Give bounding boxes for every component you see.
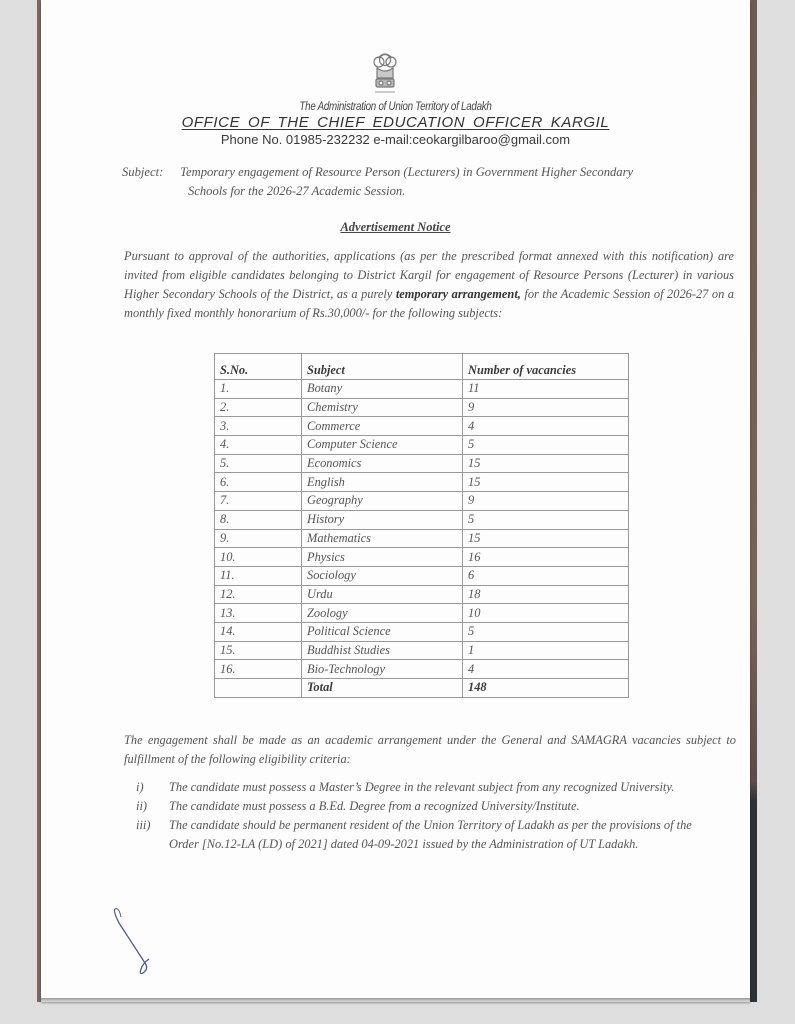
vacancies-cell: 15 <box>463 473 629 492</box>
eligibility-criteria-list: i) The candidate must possess a Master’s… <box>136 778 696 854</box>
subject-cell: Sociology <box>302 566 463 585</box>
table-row: 7.Geography9 <box>215 492 629 511</box>
subject-cell: Mathematics <box>302 529 463 548</box>
total-sno-cell <box>215 679 302 698</box>
table-row: 9.Mathematics15 <box>215 529 629 548</box>
table-header-row: S.No. Subject Number of vacancies <box>215 354 629 380</box>
subject-block: Subject: Temporary engagement of Resourc… <box>122 163 722 201</box>
sno-cell: 2. <box>215 398 302 417</box>
subject-line-1: Temporary engagement of Resource Person … <box>180 165 633 179</box>
header-subject: Subject <box>302 354 463 380</box>
sno-cell: 4. <box>215 436 302 455</box>
table-body: 1.Botany112.Chemistry93.Commerce44.Compu… <box>215 380 629 679</box>
total-label: Total <box>302 679 463 698</box>
criteria-item: iii) The candidate should be permanent r… <box>136 816 696 854</box>
sno-cell: 8. <box>215 510 302 529</box>
notice-paragraph: Pursuant to approval of the authorities,… <box>124 247 734 323</box>
table-row: 1.Botany11 <box>215 380 629 399</box>
subject-cell: Chemistry <box>302 398 463 417</box>
subject-cell: Zoology <box>302 604 463 623</box>
criteria-intro: The engagement shall be made as an acade… <box>124 731 736 769</box>
vacancies-cell: 15 <box>463 454 629 473</box>
vacancies-cell: 5 <box>463 622 629 641</box>
subject-line-2: Schools for the 2026-27 Academic Session… <box>122 182 722 201</box>
sno-cell: 16. <box>215 660 302 679</box>
vacancies-cell: 4 <box>463 660 629 679</box>
sno-cell: 3. <box>215 417 302 436</box>
subject-cell: Physics <box>302 548 463 567</box>
sno-cell: 13. <box>215 604 302 623</box>
criteria-item: ii) The candidate must possess a B.Ed. D… <box>136 797 696 816</box>
signature-mark-icon <box>111 905 161 975</box>
criteria-text: The candidate should be permanent reside… <box>169 818 692 851</box>
subject-cell: Political Science <box>302 622 463 641</box>
vacancies-cell: 18 <box>463 585 629 604</box>
contact-line: Phone No. 01985-232232 e-mail:ceokargilb… <box>41 132 750 147</box>
subject-cell: Buddhist Studies <box>302 641 463 660</box>
table-total-row: Total 148 <box>215 679 629 698</box>
header-sno: S.No. <box>215 354 302 380</box>
office-title: OFFICE OF THE CHIEF EDUCATION OFFICER KA… <box>41 114 750 131</box>
vacancies-cell: 15 <box>463 529 629 548</box>
subject-cell: Urdu <box>302 585 463 604</box>
subject-label: Subject: <box>122 163 177 182</box>
sno-cell: 14. <box>215 622 302 641</box>
vacancies-cell: 4 <box>463 417 629 436</box>
administration-line: The Administration of Union Territory of… <box>94 101 697 113</box>
notice-heading: Advertisement Notice <box>41 220 750 235</box>
vacancies-cell: 5 <box>463 510 629 529</box>
sno-cell: 10. <box>215 548 302 567</box>
table-row: 14.Political Science5 <box>215 622 629 641</box>
table-row: 2.Chemistry9 <box>215 398 629 417</box>
criteria-number: i) <box>136 778 144 797</box>
subject-cell: History <box>302 510 463 529</box>
sno-cell: 6. <box>215 473 302 492</box>
table-row: 10.Physics16 <box>215 548 629 567</box>
criteria-number: ii) <box>136 797 147 816</box>
document-page: The Administration of Union Territory of… <box>41 0 750 1001</box>
sno-cell: 11. <box>215 566 302 585</box>
vacancies-cell: 9 <box>463 398 629 417</box>
national-emblem-icon <box>368 50 402 98</box>
table-row: 12.Urdu18 <box>215 585 629 604</box>
table-row: 5.Economics15 <box>215 454 629 473</box>
subject-cell: Computer Science <box>302 436 463 455</box>
criteria-text: The candidate must possess a B.Ed. Degre… <box>169 799 580 813</box>
sno-cell: 9. <box>215 529 302 548</box>
table-row: 15.Buddhist Studies1 <box>215 641 629 660</box>
vacancies-cell: 5 <box>463 436 629 455</box>
sno-cell: 15. <box>215 641 302 660</box>
sno-cell: 1. <box>215 380 302 399</box>
table-row: 6.English15 <box>215 473 629 492</box>
vacancy-table: S.No. Subject Number of vacancies 1.Bota… <box>214 353 629 698</box>
subject-cell: Botany <box>302 380 463 399</box>
table-row: 16.Bio-Technology4 <box>215 660 629 679</box>
vacancies-cell: 10 <box>463 604 629 623</box>
vacancies-cell: 16 <box>463 548 629 567</box>
criteria-text: The candidate must possess a Master’s De… <box>169 780 674 794</box>
table-row: 11.Sociology6 <box>215 566 629 585</box>
board-edge-right <box>749 0 757 1002</box>
table-row: 13.Zoology10 <box>215 604 629 623</box>
header-vacancies: Number of vacancies <box>463 354 629 380</box>
table-row: 8.History5 <box>215 510 629 529</box>
vacancies-cell: 6 <box>463 566 629 585</box>
criteria-number: iii) <box>136 816 150 835</box>
subject-cell: Geography <box>302 492 463 511</box>
vacancies-cell: 1 <box>463 641 629 660</box>
sno-cell: 5. <box>215 454 302 473</box>
vacancies-cell: 11 <box>463 380 629 399</box>
table-row: 4.Computer Science5 <box>215 436 629 455</box>
table-row: 3.Commerce4 <box>215 417 629 436</box>
subject-cell: Economics <box>302 454 463 473</box>
total-value: 148 <box>463 679 629 698</box>
sno-cell: 12. <box>215 585 302 604</box>
criteria-item: i) The candidate must possess a Master’s… <box>136 778 696 797</box>
subject-cell: Bio-Technology <box>302 660 463 679</box>
subject-cell: Commerce <box>302 417 463 436</box>
subject-cell: English <box>302 473 463 492</box>
sno-cell: 7. <box>215 492 302 511</box>
vacancies-cell: 9 <box>463 492 629 511</box>
notice-text-bold: temporary arrangement, <box>396 287 521 301</box>
page-bottom-edge <box>41 998 750 1002</box>
